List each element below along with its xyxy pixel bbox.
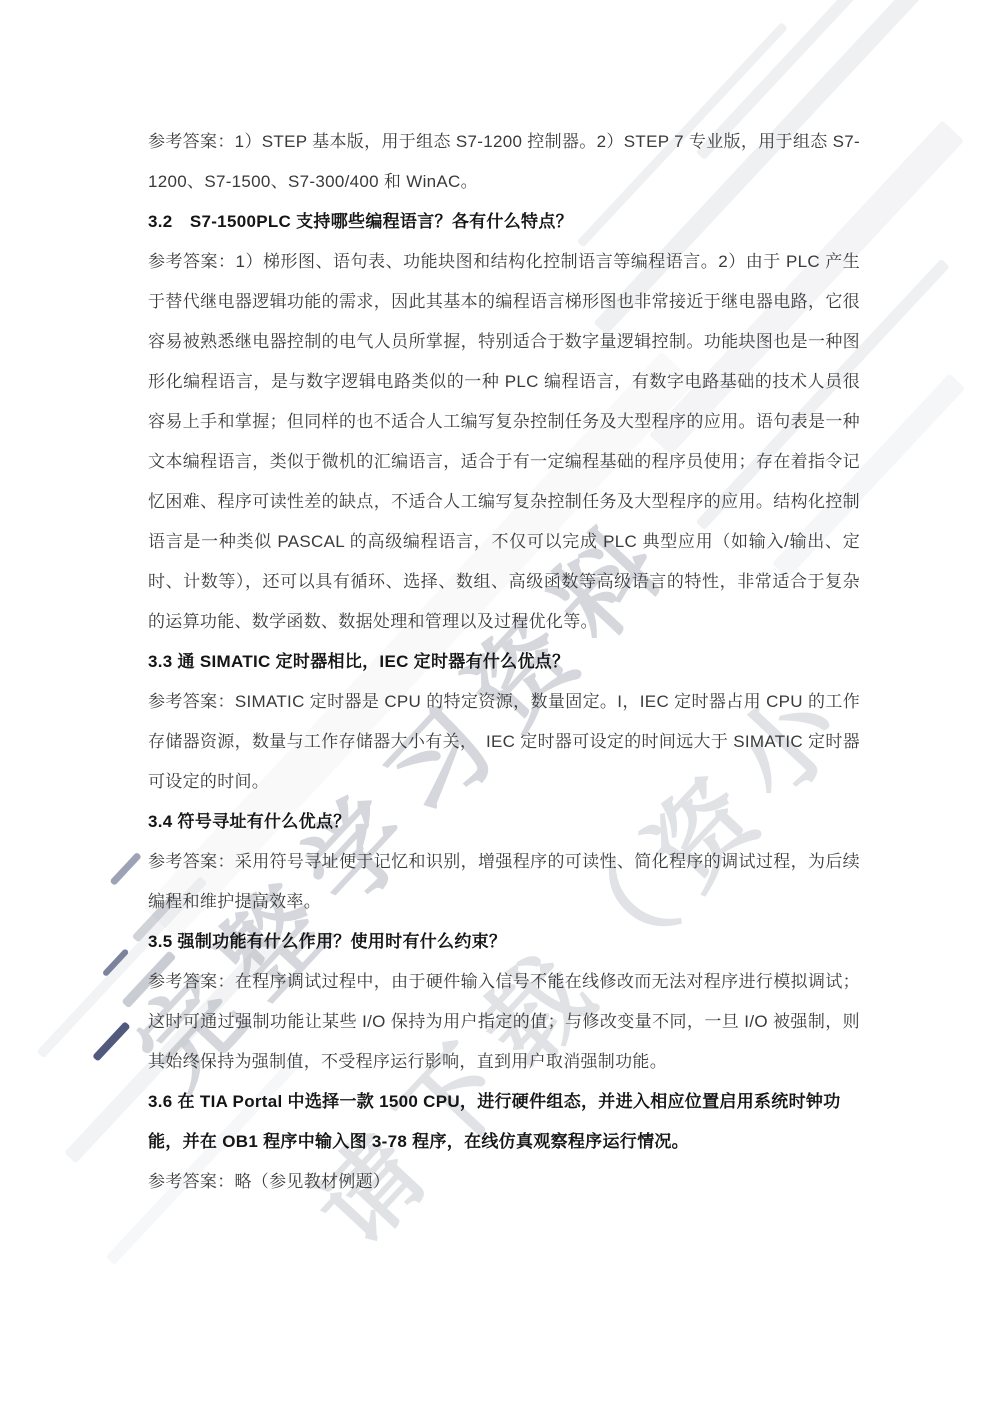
section-heading: 3.2 S7-1500PLC 支持哪些编程语言？各有什么特点？ bbox=[148, 202, 860, 242]
section-heading: 3.5 强制功能有什么作用？使用时有什么约束？ bbox=[148, 922, 860, 962]
answer-paragraph: 参考答案：略（参见教材例题） bbox=[148, 1162, 860, 1202]
section-heading: 3.4 符号寻址有什么优点？ bbox=[148, 802, 860, 842]
document-content: 参考答案：1）STEP 基本版，用于组态 S7-1200 控制器。2）STEP … bbox=[148, 122, 860, 1202]
answer-paragraph: 参考答案：1）STEP 基本版，用于组态 S7-1200 控制器。2）STEP … bbox=[148, 122, 860, 202]
section-heading: 3.3 通 SIMATIC 定时器相比，IEC 定时器有什么优点？ bbox=[148, 642, 860, 682]
watermark-dark-streak bbox=[92, 1021, 131, 1062]
answer-paragraph: 参考答案：SIMATIC 定时器是 CPU 的特定资源，数量固定。I，IEC 定… bbox=[148, 682, 860, 802]
watermark-dark-streak bbox=[102, 948, 130, 977]
section-heading: 3.6 在 TIA Portal 中选择一款 1500 CPU，进行硬件组态，并… bbox=[148, 1082, 860, 1162]
watermark-dark-streak bbox=[109, 852, 141, 886]
answer-paragraph: 参考答案：1）梯形图、语句表、功能块图和结构化控制语言等编程语言。2）由于 PL… bbox=[148, 242, 860, 642]
answer-paragraph: 参考答案：采用符号寻址便于记忆和识别，增强程序的可读性、简化程序的调试过程，为后… bbox=[148, 842, 860, 922]
document-page: 完整学习资料 请下载（资小 参考答案：1）STEP 基本版，用于组态 S7-12… bbox=[0, 0, 993, 1404]
answer-paragraph: 参考答案：在程序调试过程中，由于硬件输入信号不能在线修改而无法对程序进行模拟调试… bbox=[148, 962, 860, 1082]
